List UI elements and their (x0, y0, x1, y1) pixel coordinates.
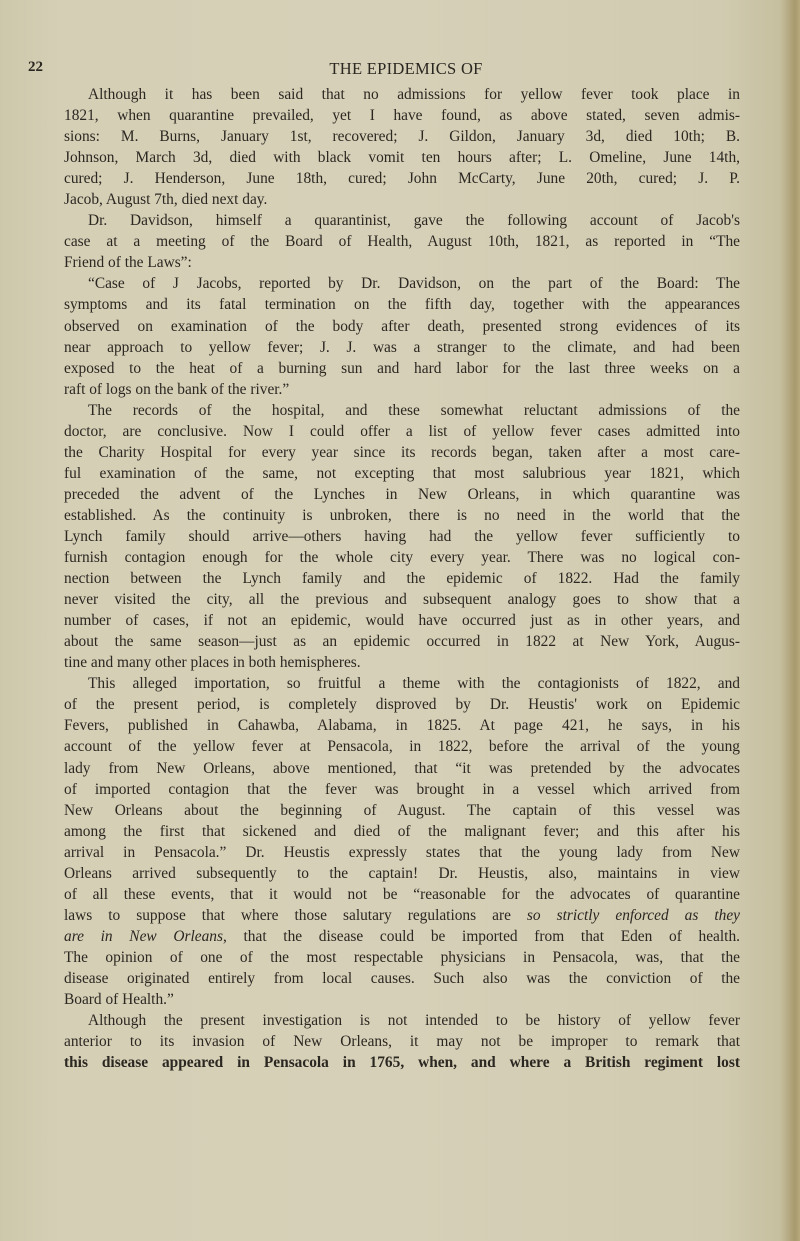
italic-emphasis: are in New Orleans (64, 928, 223, 945)
running-head: THE EPIDEMICS OF (0, 59, 800, 79)
text-line: sions: M. Burns, January 1st, recovered;… (64, 126, 740, 147)
text-line: near approach to yellow fever; J. J. was… (64, 337, 740, 358)
text-line: disease originated entirely from local c… (64, 968, 740, 989)
paragraph-hospital-records: The records of the hospital, and these s… (64, 400, 740, 674)
text-line: nection between the Lynch family and the… (64, 568, 740, 589)
text-line: cured; J. Henderson, June 18th, cured; J… (64, 168, 740, 189)
text-line: of the present period, is completely dis… (64, 694, 740, 715)
paragraph-heustis-disproof: This alleged importation, so fruitful a … (64, 673, 740, 1010)
text-line: New Orleans about the beginning of Augus… (64, 800, 740, 821)
text-line: Johnson, March 3d, died with black vomit… (64, 147, 740, 168)
paragraph-pensacola-1765: Although the present investigation is no… (64, 1010, 740, 1073)
text-line: lady from New Orleans, above mentioned, … (64, 758, 740, 779)
text-line: This alleged importation, so fruitful a … (64, 673, 740, 694)
text-line: doctor, are conclusive. Now I could offe… (64, 421, 740, 442)
paragraph-jacobs-case-quote: “Case of J Jacobs, reported by Dr. David… (64, 273, 740, 399)
text-line: “Case of J Jacobs, reported by Dr. David… (64, 273, 740, 294)
paragraph-davidson-account: Dr. Davidson, himself a quarantinist, ga… (64, 210, 740, 273)
paragraph-admissions-1821: Although it has been said that no admiss… (64, 84, 740, 210)
text-line: Although the present investigation is no… (64, 1010, 740, 1031)
text-line: of all these events, that it would not b… (64, 884, 740, 905)
text-line: account of the yellow fever at Pensacola… (64, 736, 740, 757)
body-text: Although it has been said that no admiss… (64, 84, 740, 1073)
text-line: among the first that sickened and died o… (64, 821, 740, 842)
text-line: arrival in Pensacola.” Dr. Heustis expre… (64, 842, 740, 863)
text-span: laws to suppose that where those salutar… (64, 907, 527, 924)
text-line: preceded the advent of the Lynches in Ne… (64, 484, 740, 505)
text-line: about the same season—just as an epidemi… (64, 631, 740, 652)
text-line: of imported contagion that the fever was… (64, 779, 740, 800)
text-line: ful examination of the same, not excepti… (64, 463, 740, 484)
text-line: Lynch family should arrive—others having… (64, 526, 740, 547)
text-line: number of cases, if not an epidemic, wou… (64, 610, 740, 631)
page-header: 22 THE EPIDEMICS OF (0, 59, 800, 81)
text-line: Dr. Davidson, himself a quarantinist, ga… (64, 210, 740, 231)
text-line: the Charity Hospital for every year sinc… (64, 442, 740, 463)
text-line-italic-2: are in New Orleans, that the disease cou… (64, 926, 740, 947)
text-line: Friend of the Laws”: (64, 252, 740, 273)
text-line: Board of Health.” (64, 989, 740, 1010)
text-line: raft of logs on the bank of the river.” (64, 379, 740, 400)
text-line-italic-1: laws to suppose that where those salutar… (64, 905, 740, 926)
text-line: case at a meeting of the Board of Health… (64, 231, 740, 252)
text-span: , that the disease could be imported fro… (223, 928, 740, 945)
text-line: The opinion of one of the most respectab… (64, 947, 740, 968)
italic-emphasis: so strictly enforced as they (527, 907, 740, 924)
text-line: Although it has been said that no admiss… (64, 84, 740, 105)
text-line: Orleans arrived subsequently to the capt… (64, 863, 740, 884)
text-line: Jacob, August 7th, died next day. (64, 189, 740, 210)
text-line: established. As the continuity is unbrok… (64, 505, 740, 526)
text-line: 1821, when quarantine prevailed, yet I h… (64, 105, 740, 126)
text-line: observed on examination of the body afte… (64, 316, 740, 337)
text-line: exposed to the heat of a burning sun and… (64, 358, 740, 379)
text-line: tine and many other places in both hemis… (64, 652, 740, 673)
book-page: 22 THE EPIDEMICS OF Although it has been… (0, 0, 800, 1241)
text-line: anterior to its invasion of New Orleans,… (64, 1031, 740, 1052)
text-line: never visited the city, all the previous… (64, 589, 740, 610)
text-line: furnish contagion enough for the whole c… (64, 547, 740, 568)
text-line: Fevers, published in Cahawba, Alabama, i… (64, 715, 740, 736)
text-line: this disease appeared in Pensacola in 17… (64, 1052, 740, 1073)
text-line: symptoms and its fatal termination on th… (64, 294, 740, 315)
text-line: The records of the hospital, and these s… (64, 400, 740, 421)
